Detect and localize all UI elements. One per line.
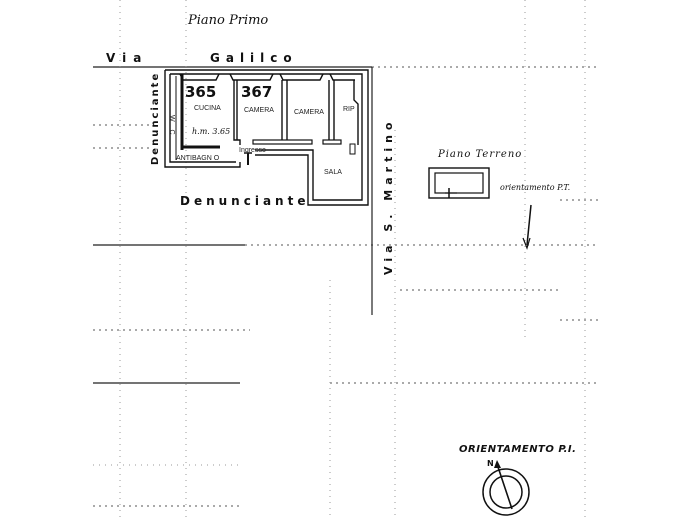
room-label-camera-1: CAMERA <box>244 107 274 114</box>
room-label-camera-2: CAMERA <box>294 109 324 116</box>
orientation-label: ORIENTAMENTO P.I. <box>459 444 576 455</box>
street-right-label: Via S. Martino <box>382 118 395 275</box>
unit-number-367: 367 <box>241 83 272 101</box>
street-top-name: Galilco <box>210 51 298 65</box>
north-marker: N <box>487 459 494 468</box>
room-label-cucina: CUCINA <box>194 105 221 112</box>
ground-floor-orientation-note: orientamento P.T. <box>500 183 570 192</box>
neighbor-bottom-label: Denunciante <box>180 194 309 208</box>
room-label-antibagno: ANTIBAGN O <box>176 155 220 162</box>
neighbor-left-label: Denunciante <box>150 72 161 165</box>
room-label-rip: RIP <box>343 106 355 113</box>
ground-floor-north-arrow-icon <box>523 205 531 248</box>
floor-plan-drawing: Piano Primo Via Galilco <box>0 0 692 518</box>
room-label-wc: W C <box>168 115 175 138</box>
height-note: h.m. 3.65 <box>192 127 230 136</box>
compass-icon <box>483 460 529 515</box>
room-label-sala: SALA <box>324 169 342 176</box>
street-top-prefix: Via <box>106 51 148 65</box>
map-grid-lines <box>93 0 598 518</box>
ground-floor-title: Piano Terreno <box>437 149 522 160</box>
first-floor-title: Piano Primo <box>187 13 268 28</box>
room-label-ingresso: Ingresso <box>239 147 266 154</box>
unit-number-365: 365 <box>185 83 216 101</box>
ground-floor-building <box>429 168 489 198</box>
